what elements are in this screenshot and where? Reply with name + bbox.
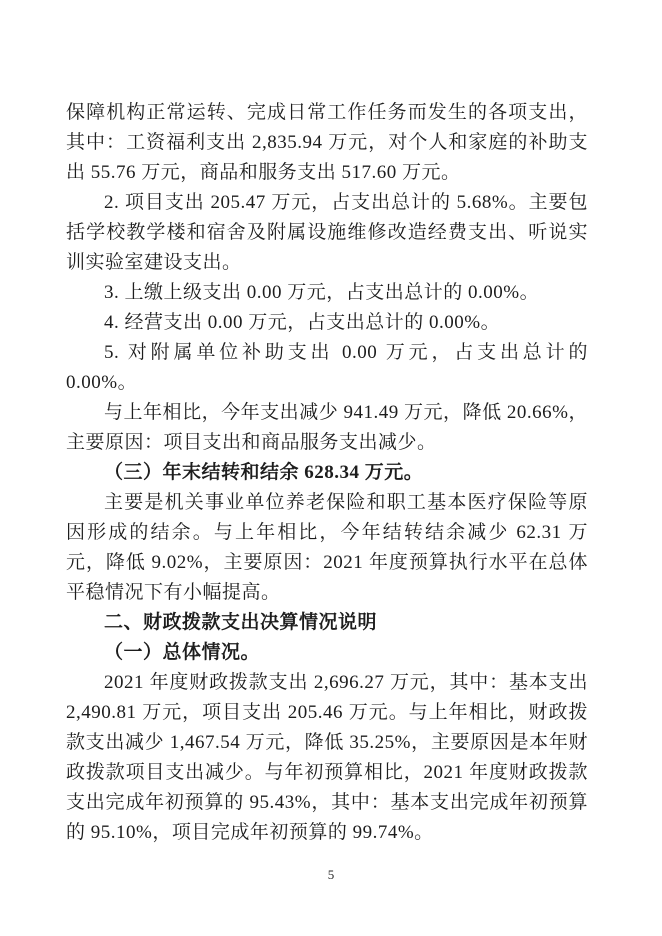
paragraph-balance-explanation: 主要是机关事业单位养老保险和职工基本医疗保险等原因形成的结余。与上年相比，今年结… (66, 488, 588, 608)
paragraph-basic-expenditure-continued: 保障机构正常运转、完成日常工作任务而发生的各项支出，其中：工资福利支出 2,83… (66, 98, 588, 188)
paragraph-project-expenditure: 2. 项目支出 205.47 万元，占支出总计的 5.68%。主要包括学校教学楼… (66, 188, 588, 278)
paragraph-operating-expenditure: 4. 经营支出 0.00 万元，占支出总计的 0.00%。 (66, 308, 588, 338)
heading-overall-situation: （一）总体情况。 (66, 638, 588, 668)
paragraph-subsidy-affiliated-units: 5. 对附属单位补助支出 0.00 万元，占支出总计的 0.00%。 (66, 338, 588, 398)
document-page: 保障机构正常运转、完成日常工作任务而发生的各项支出，其中：工资福利支出 2,83… (0, 0, 662, 936)
heading-fiscal-appropriation: 二、财政拨款支出决算情况说明 (66, 608, 588, 638)
page-footer: 5 (0, 866, 662, 884)
paragraph-upper-level-payment: 3. 上缴上级支出 0.00 万元，占支出总计的 0.00%。 (66, 278, 588, 308)
paragraph-yoy-comparison: 与上年相比，今年支出减少 941.49 万元，降低 20.66%，主要原因：项目… (66, 398, 588, 458)
document-body: 保障机构正常运转、完成日常工作任务而发生的各项支出，其中：工资福利支出 2,83… (66, 98, 588, 848)
page-number: 5 (328, 867, 335, 882)
heading-year-end-balance: （三）年末结转和结余 628.34 万元。 (66, 458, 588, 488)
paragraph-fiscal-overall: 2021 年度财政拨款支出 2,696.27 万元，其中：基本支出 2,490.… (66, 668, 588, 848)
